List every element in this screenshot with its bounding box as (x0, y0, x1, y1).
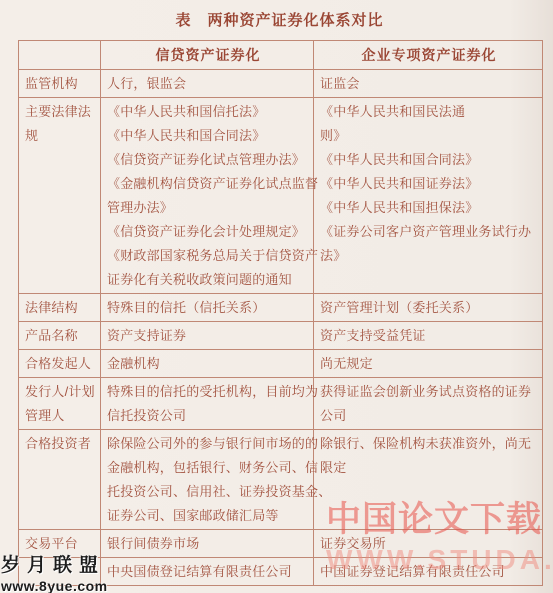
cell-line: 《信贷资产证券化试点管理办法》 (107, 148, 309, 172)
cell-line: 《信贷资产证券化会计处理规定》 (107, 220, 309, 244)
cell-line: 发行人/计划 (25, 380, 96, 404)
watermark-8yue-url: www.8yue.com (1, 578, 108, 593)
enterprise-column-cell: 证券交易所 (314, 530, 542, 557)
credit-column-cell: 特殊目的信托的受托机构，目前均为信托投资公司 (101, 378, 314, 429)
credit-column-cell: 《中华人民共和国信托法》《中华人民共和国合同法》《信贷资产证券化试点管理办法》《… (101, 98, 314, 293)
row-label-cell: 合格投资者 (19, 430, 101, 529)
row-label-cell: 监管机构 (19, 70, 101, 97)
cell-line: 《金融机构信贷资产证券化试点监督 (107, 172, 309, 196)
cell-line: 证券公司、国家邮政储汇局等 (107, 504, 309, 528)
enterprise-column-cell: 除银行、保险机构未获准资外，尚无限定 (314, 430, 542, 529)
cell-line: 《中华人民共和国民法通 (320, 100, 538, 124)
table-row: 主要法律法规《中华人民共和国信托法》《中华人民共和国合同法》《信贷资产证券化试点… (19, 98, 542, 294)
cell-line: 监管机构 (25, 72, 96, 96)
credit-column-cell: 中央国债登记结算有限责任公司 (101, 558, 314, 585)
table-row: 产品名称资产支持证券资产支持受益凭证 (19, 322, 542, 350)
enterprise-column-cell: 证监会 (314, 70, 542, 97)
cell-line: 银行间债券市场 (107, 532, 309, 556)
cell-line: 证券化有关税收政策问题的通知 (107, 268, 309, 292)
row-label-cell: 发行人/计划管理人 (19, 378, 101, 429)
cell-line: 《中华人民共和国担保法》 (320, 196, 538, 220)
credit-column-cell: 金融机构 (101, 350, 314, 377)
cell-line: 法律结构 (25, 296, 96, 320)
cell-line: 《中华人民共和国合同法》 (107, 124, 309, 148)
cell-line: 获得证监会创新业务试点资格的证券 (320, 380, 538, 404)
cell-line: 除保险公司外的参与银行间市场的的 (107, 432, 309, 456)
page-title: 表 两种资产证券化体系对比 (18, 9, 541, 30)
row-label-cell: 合格发起人 (19, 350, 101, 377)
cell-line: 中国证券登记结算有限责任公司 (320, 560, 538, 584)
cell-line: 证券交易所 (320, 532, 538, 556)
cell-line: 《中华人民共和国信托法》 (107, 100, 309, 124)
enterprise-column-cell: 资产管理计划（委托关系） (314, 294, 542, 321)
row-label-cell: 产品名称 (19, 322, 101, 349)
scanned-page: 表 两种资产证券化体系对比 信贷资产证券化 企业专项资产证券化 监管机构人行，银… (0, 0, 553, 593)
cell-line: 特殊目的信托的受托机构，目前均为 (107, 380, 309, 404)
watermark-8yue: 岁月联盟 www.8yue.com (1, 550, 108, 593)
cell-line: 《中华人民共和国合同法》 (320, 148, 538, 172)
enterprise-column-cell: 中国证券登记结算有限责任公司 (314, 558, 542, 585)
credit-column-cell: 特殊目的信托（信托关系） (101, 294, 314, 321)
enterprise-column-cell: 《中华人民共和国民法通则》《中华人民共和国合同法》《中华人民共和国证券法》《中华… (314, 98, 542, 293)
table-row: 合格投资者除保险公司外的参与银行间市场的的金融机构，包括银行、财务公司、信托投资… (19, 430, 542, 530)
cell-line: 则》 (320, 124, 538, 148)
credit-column-cell: 银行间债券市场 (101, 530, 314, 557)
comparison-table: 信贷资产证券化 企业专项资产证券化 监管机构人行，银监会证监会主要法律法规《中华… (18, 40, 543, 586)
cell-line: 主要法律法 (25, 100, 96, 124)
cell-line: 合格发起人 (25, 352, 96, 376)
cell-line: 特殊目的信托（信托关系） (107, 296, 309, 320)
cell-line: 规 (25, 124, 96, 148)
enterprise-column-cell: 资产支持受益凭证 (314, 322, 542, 349)
cell-line: 除银行、保险机构未获准资外，尚无 (320, 432, 538, 456)
cell-line: 合格投资者 (25, 432, 96, 456)
cell-line: 《证券公司客户资产管理业务试行办 (320, 220, 538, 244)
enterprise-column-cell: 获得证监会创新业务试点资格的证券公司 (314, 378, 542, 429)
cell-line: 限定 (320, 456, 538, 480)
credit-column-cell: 资产支持证券 (101, 322, 314, 349)
row-label-cell: 法律结构 (19, 294, 101, 321)
cell-line: 法》 (320, 244, 538, 268)
cell-line: 资产管理计划（委托关系） (320, 296, 538, 320)
table-row: 法律结构特殊目的信托（信托关系）资产管理计划（委托关系） (19, 294, 542, 322)
watermark-8yue-cn: 岁月联盟 (1, 550, 108, 577)
cell-line: 《中华人民共和国证券法》 (320, 172, 538, 196)
row-label-cell: 主要法律法规 (19, 98, 101, 293)
cell-line: 金融机构 (107, 352, 309, 376)
cell-line: 产品名称 (25, 324, 96, 348)
cell-line: 公司 (320, 404, 538, 428)
credit-column-cell: 除保险公司外的参与银行间市场的的金融机构，包括银行、财务公司、信托投资公司、信用… (101, 430, 314, 529)
cell-line: 信托投资公司 (107, 404, 309, 428)
table-row: 合格发起人金融机构尚无规定 (19, 350, 542, 378)
header-enterprise-securitization: 企业专项资产证券化 (314, 41, 542, 69)
cell-line: 管理办法》 (107, 196, 309, 220)
cell-line: 托投资公司、信用社、证券投资基金、 (107, 480, 309, 504)
cell-line: 资产支持证券 (107, 324, 309, 348)
cell-line: 资产支持受益凭证 (320, 324, 538, 348)
enterprise-column-cell: 尚无规定 (314, 350, 542, 377)
cell-line: 尚无规定 (320, 352, 538, 376)
table-header-row: 信贷资产证券化 企业专项资产证券化 (19, 41, 542, 70)
cell-line: 管理人 (25, 404, 96, 428)
cell-line: 中央国债登记结算有限责任公司 (107, 560, 309, 584)
cell-line: 《财政部国家税务总局关于信贷资产 (107, 244, 309, 268)
credit-column-cell: 人行，银监会 (101, 70, 314, 97)
cell-line: 金融机构，包括银行、财务公司、信 (107, 456, 309, 480)
table-row: 监管机构人行，银监会证监会 (19, 70, 542, 98)
header-empty-cell (19, 41, 101, 69)
header-credit-securitization: 信贷资产证券化 (101, 41, 314, 69)
cell-line: 证监会 (320, 72, 538, 96)
cell-line: 人行，银监会 (107, 72, 309, 96)
table-row: 发行人/计划管理人特殊目的信托的受托机构，目前均为信托投资公司获得证监会创新业务… (19, 378, 542, 430)
